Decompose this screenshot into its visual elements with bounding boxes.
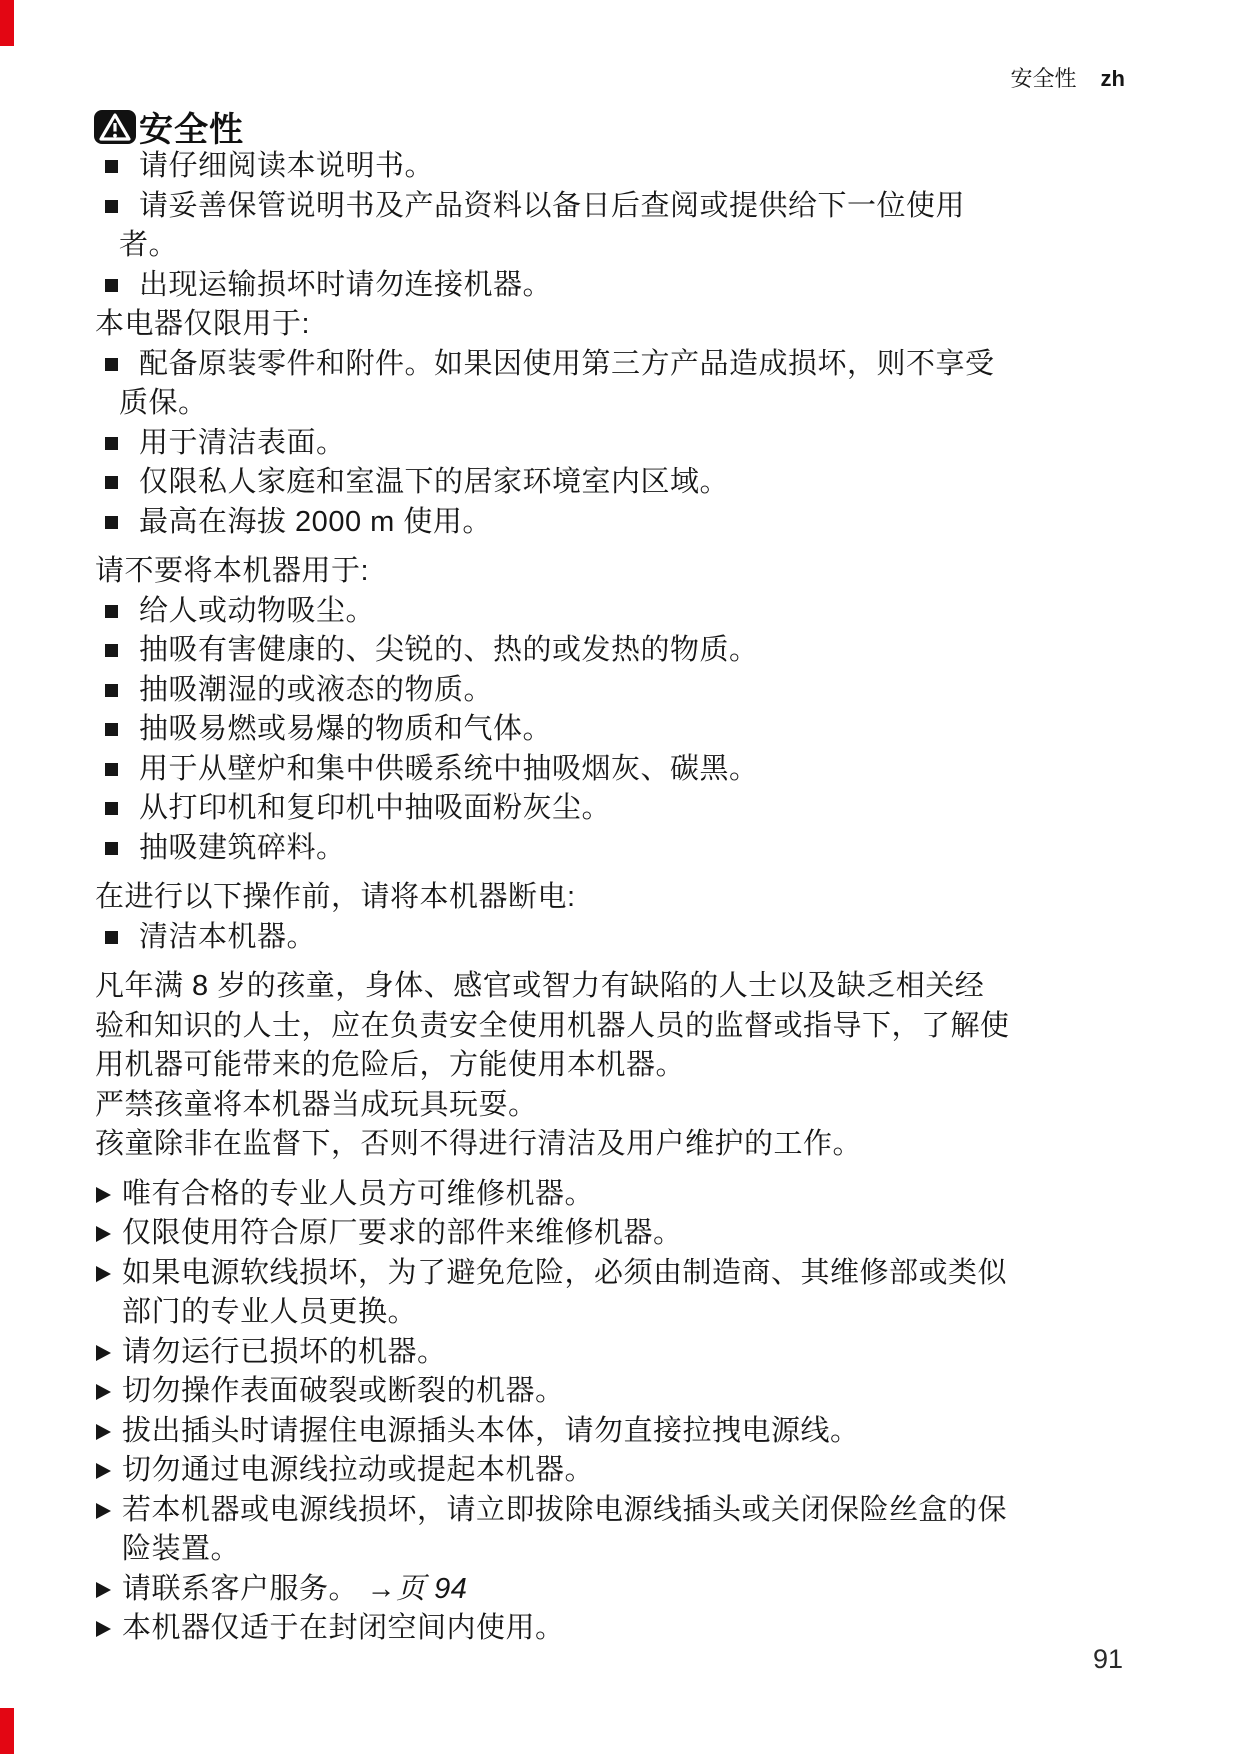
block-text: 切勿操作表面破裂或断裂的机器。 (122, 1375, 565, 1407)
bullet-item: 用于从壁炉和集中供暖系统中抽吸烟灰、碳黑。 (95, 750, 1012, 790)
content: 请仔细阅读本说明书。请妥善保管说明书及产品资料以备日后查阅或提供给下一位使用者。… (95, 147, 1012, 1649)
block-text: 抽吸有害健康的、尖锐的、热的或发热的物质。 (139, 634, 759, 666)
warning-triangle-icon (93, 107, 139, 147)
block-text: 仅限私人家庭和室温下的居家环境室内区域。 (139, 466, 729, 498)
block-text: 出现运输损坏时请勿连接机器。 (139, 269, 552, 301)
block-text: 孩童除非在监督下，否则不得进行清洁及用户维护的工作。 (95, 1128, 862, 1160)
header-language-code: zh (1101, 66, 1125, 91)
block-text: 抽吸易燃或易爆的物质和气体。 (139, 713, 552, 745)
page-title: 安全性 (139, 102, 244, 151)
square-bullet-icon (105, 476, 118, 489)
bullet-item: 用于清洁表面。 (95, 424, 1012, 464)
block-text: 严禁孩童将本机器当成玩具玩耍。 (95, 1089, 538, 1121)
paragraph: 在进行以下操作前，请将本机器断电: (95, 878, 1012, 918)
block-text: 清洁本机器。 (139, 921, 316, 953)
block-text: 如果电源软线损坏，为了避免危险，必须由制造商、其维修部或类似部门的专业人员更换。 (122, 1257, 1007, 1329)
block-text: 配备原装零件和附件。如果因使用第三方产品造成损坏，则不享受质保。 (119, 348, 995, 420)
square-bullet-icon (105, 644, 118, 657)
instruction-item: 切勿操作表面破裂或断裂的机器。 (95, 1372, 1012, 1412)
instruction-item: 切勿通过电源线拉动或提起本机器。 (95, 1451, 1012, 1491)
bullet-item: 请妥善保管说明书及产品资料以备日后查阅或提供给下一位使用者。 (95, 187, 1012, 266)
square-bullet-icon (105, 763, 118, 776)
instruction-item: 如果电源软线损坏，为了避免危险，必须由制造商、其维修部或类似部门的专业人员更换。 (95, 1254, 1012, 1333)
block-text: 在进行以下操作前，请将本机器断电: (95, 881, 576, 913)
square-bullet-icon (105, 279, 118, 292)
block-text: 给人或动物吸尘。 (139, 595, 375, 627)
block-text: 请妥善保管说明书及产品资料以备日后查阅或提供给下一位使用者。 (119, 190, 965, 262)
block-text: 本电器仅限用于: (95, 308, 310, 340)
arrow-bullet-icon (96, 1345, 111, 1361)
block-text: 抽吸潮湿的或液态的物质。 (139, 674, 493, 706)
square-bullet-icon (105, 437, 118, 450)
square-bullet-icon (105, 723, 118, 736)
section-title-row: 安全性 (93, 102, 244, 151)
square-bullet-icon (105, 160, 118, 173)
block-text: 用于清洁表面。 (139, 427, 346, 459)
bullet-item: 抽吸易燃或易爆的物质和气体。 (95, 710, 1012, 750)
square-bullet-icon (105, 200, 118, 213)
arrow-bullet-icon (96, 1621, 111, 1637)
block-text: 请不要将本机器用于: (95, 555, 369, 587)
bullet-item: 抽吸潮湿的或液态的物质。 (95, 671, 1012, 711)
block-text: 抽吸建筑碎料。 (139, 832, 346, 864)
block-text: 请联系客户服务。 (122, 1573, 358, 1605)
square-bullet-icon (105, 605, 118, 618)
arrow-bullet-icon (96, 1582, 111, 1598)
block-text: 最高在海拔 2000 m 使用。 (139, 506, 492, 538)
instruction-item: 仅限使用符合原厂要求的部件来维修机器。 (95, 1214, 1012, 1254)
block-text: 请仔细阅读本说明书。 (139, 150, 434, 182)
paragraph: 本电器仅限用于: (95, 305, 1012, 345)
bullet-item: 清洁本机器。 (95, 918, 1012, 958)
page-number: 91 (1093, 1644, 1123, 1675)
instruction-item: 请勿运行已损坏的机器。 (95, 1333, 1012, 1373)
square-bullet-icon (105, 358, 118, 371)
bullet-item: 配备原装零件和附件。如果因使用第三方产品造成损坏，则不享受质保。 (95, 345, 1012, 424)
block-text: 请勿运行已损坏的机器。 (122, 1336, 447, 1368)
paragraph: 请不要将本机器用于: (95, 552, 1012, 592)
block-text: 拔出插头时请握住电源插头本体，请勿直接拉拽电源线。 (122, 1415, 860, 1447)
bullet-item: 给人或动物吸尘。 (95, 592, 1012, 632)
square-bullet-icon (105, 516, 118, 529)
arrow-bullet-icon (96, 1226, 111, 1242)
instruction-item: 唯有合格的专业人员方可维修机器。 (95, 1175, 1012, 1215)
arrow-bullet-icon (96, 1424, 111, 1440)
block-text: 若本机器或电源线损坏，请立即拔除电源线插头或关闭保险丝盒的保险装置。 (122, 1494, 1007, 1566)
manual-page: 安全性zh 安全性 请仔细阅读本说明书。请妥善保管说明书及产品资料以备日后查阅或… (0, 0, 1241, 1754)
block-text: 用于从壁炉和集中供暖系统中抽吸烟灰、碳黑。 (139, 753, 759, 785)
arrow-bullet-icon (96, 1266, 111, 1282)
square-bullet-icon (105, 802, 118, 815)
page-reference: →页 94 (358, 1573, 467, 1605)
bullet-item: 最高在海拔 2000 m 使用。 (95, 503, 1012, 543)
instruction-item: 本机器仅适于在封闭空间内使用。 (95, 1609, 1012, 1649)
block-text: 唯有合格的专业人员方可维修机器。 (122, 1178, 594, 1210)
bullet-item: 抽吸有害健康的、尖锐的、热的或发热的物质。 (95, 631, 1012, 671)
instruction-item: 请联系客户服务。 →页 94 (95, 1570, 1012, 1610)
arrow-bullet-icon (96, 1463, 111, 1479)
bullet-item: 请仔细阅读本说明书。 (95, 147, 1012, 187)
square-bullet-icon (105, 931, 118, 944)
bullet-item: 从打印机和复印机中抽吸面粉灰尘。 (95, 789, 1012, 829)
paragraph: 凡年满 8 岁的孩童，身体、感官或智力有缺陷的人士以及缺乏相关经验和知识的人士，… (95, 967, 1012, 1086)
arrow-bullet-icon (96, 1503, 111, 1519)
block-text: 仅限使用符合原厂要求的部件来维修机器。 (122, 1217, 683, 1249)
page-header: 安全性zh (95, 66, 1125, 92)
bullet-item: 仅限私人家庭和室温下的居家环境室内区域。 (95, 463, 1012, 503)
paragraph: 严禁孩童将本机器当成玩具玩耍。 (95, 1086, 1012, 1126)
block-text: 切勿通过电源线拉动或提起本机器。 (122, 1454, 594, 1486)
instruction-item: 拔出插头时请握住电源插头本体，请勿直接拉拽电源线。 (95, 1412, 1012, 1452)
bullet-item: 出现运输损坏时请勿连接机器。 (95, 266, 1012, 306)
square-bullet-icon (105, 842, 118, 855)
instruction-item: 若本机器或电源线损坏，请立即拔除电源线插头或关闭保险丝盒的保险装置。 (95, 1491, 1012, 1570)
arrow-bullet-icon (96, 1384, 111, 1400)
paragraph: 孩童除非在监督下，否则不得进行清洁及用户维护的工作。 (95, 1125, 1012, 1165)
bullet-item: 抽吸建筑碎料。 (95, 829, 1012, 869)
print-registration-mark-bottom (0, 1708, 14, 1754)
block-text: 从打印机和复印机中抽吸面粉灰尘。 (139, 792, 611, 824)
block-text: 本机器仅适于在封闭空间内使用。 (122, 1612, 565, 1644)
print-registration-mark-top (0, 0, 14, 46)
header-section-label: 安全性 (1011, 66, 1077, 91)
block-text: 凡年满 8 岁的孩童，身体、感官或智力有缺陷的人士以及缺乏相关经验和知识的人士，… (95, 970, 1010, 1081)
arrow-bullet-icon (96, 1187, 111, 1203)
square-bullet-icon (105, 684, 118, 697)
